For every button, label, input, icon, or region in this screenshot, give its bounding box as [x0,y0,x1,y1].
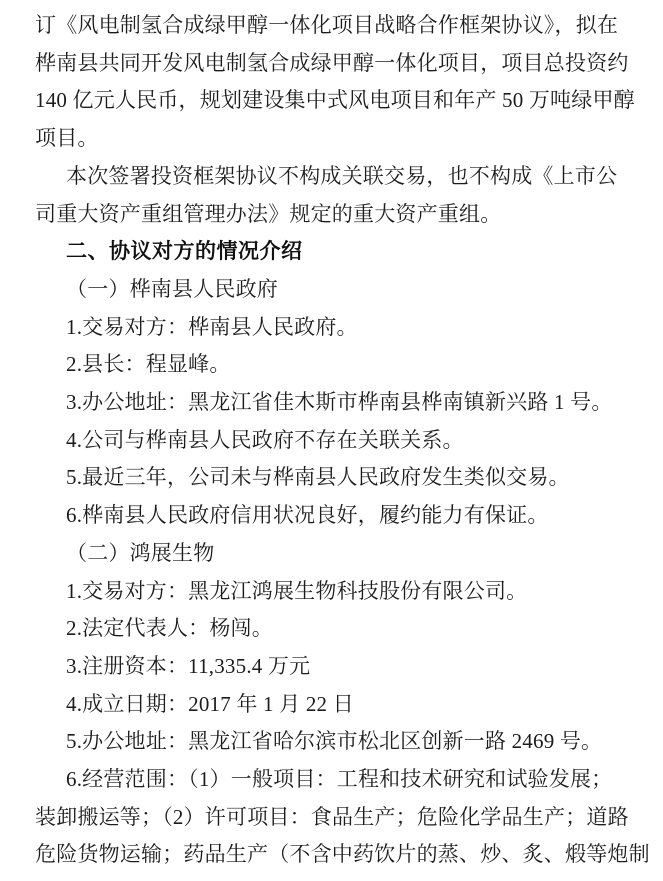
doc-line-6: 司重大资产重组管理办法》规定的重大资产重组。 [35,196,629,234]
doc-line-4: 项目。 [35,120,629,158]
doc-line-1: 订《风电制氢合成绿甲醇一体化项目战略合作框架协议》，拟在 [35,7,629,45]
subsection-heading-1: （一）桦南县人民政府 [35,271,629,309]
subsection-heading-2: （二）鸿展生物 [35,535,629,573]
doc-line-21: 6.经营范围：（1）一般项目：工程和技术研究和试验发展； [35,761,629,799]
doc-line-18: 3.注册资本：11,335.4 万元 [35,648,629,686]
doc-line-22: 装卸搬运等；（2）许可项目：食品生产；危险化学品生产；道路 [35,799,629,837]
document-page: 订《风电制氢合成绿甲醇一体化项目战略合作框架协议》，拟在 桦南县共同开发风电制氢… [0,0,663,881]
doc-line-12: 4.公司与桦南县人民政府不存在关联关系。 [35,422,629,460]
doc-line-14: 6.桦南县人民政府信用状况良好，履约能力有保证。 [35,497,629,535]
doc-line-10: 2.县长：程显峰。 [35,346,629,384]
doc-line-11: 3.办公地址：黑龙江省佳木斯市桦南县桦南镇新兴路 1 号。 [35,384,629,422]
section-heading-2: 二、协议对方的情况介绍 [35,233,629,271]
doc-line-23: 危险货物运输；药品生产（不含中药饮片的蒸、炒、炙、煅等炮制 [35,836,629,874]
doc-line-20: 5.办公地址：黑龙江省哈尔滨市松北区创新一路 2469 号。 [35,723,629,761]
doc-line-5: 本次签署投资框架协议不构成关联交易，也不构成《上市公 [35,158,629,196]
doc-line-16: 1.交易对方：黑龙江鸿展生物科技股份有限公司。 [35,573,629,611]
doc-line-9: 1.交易对方：桦南县人民政府。 [35,309,629,347]
doc-line-13: 5.最近三年，公司未与桦南县人民政府发生类似交易。 [35,459,629,497]
doc-line-2: 桦南县共同开发风电制氢合成绿甲醇一体化项目，项目总投资约 [35,45,629,83]
doc-line-3: 140 亿元人民币，规划建设集中式风电项目和年产 50 万吨绿甲醇 [35,82,629,120]
doc-line-17: 2.法定代表人：杨闯。 [35,610,629,648]
doc-line-19: 4.成立日期：2017 年 1 月 22 日 [35,686,629,724]
